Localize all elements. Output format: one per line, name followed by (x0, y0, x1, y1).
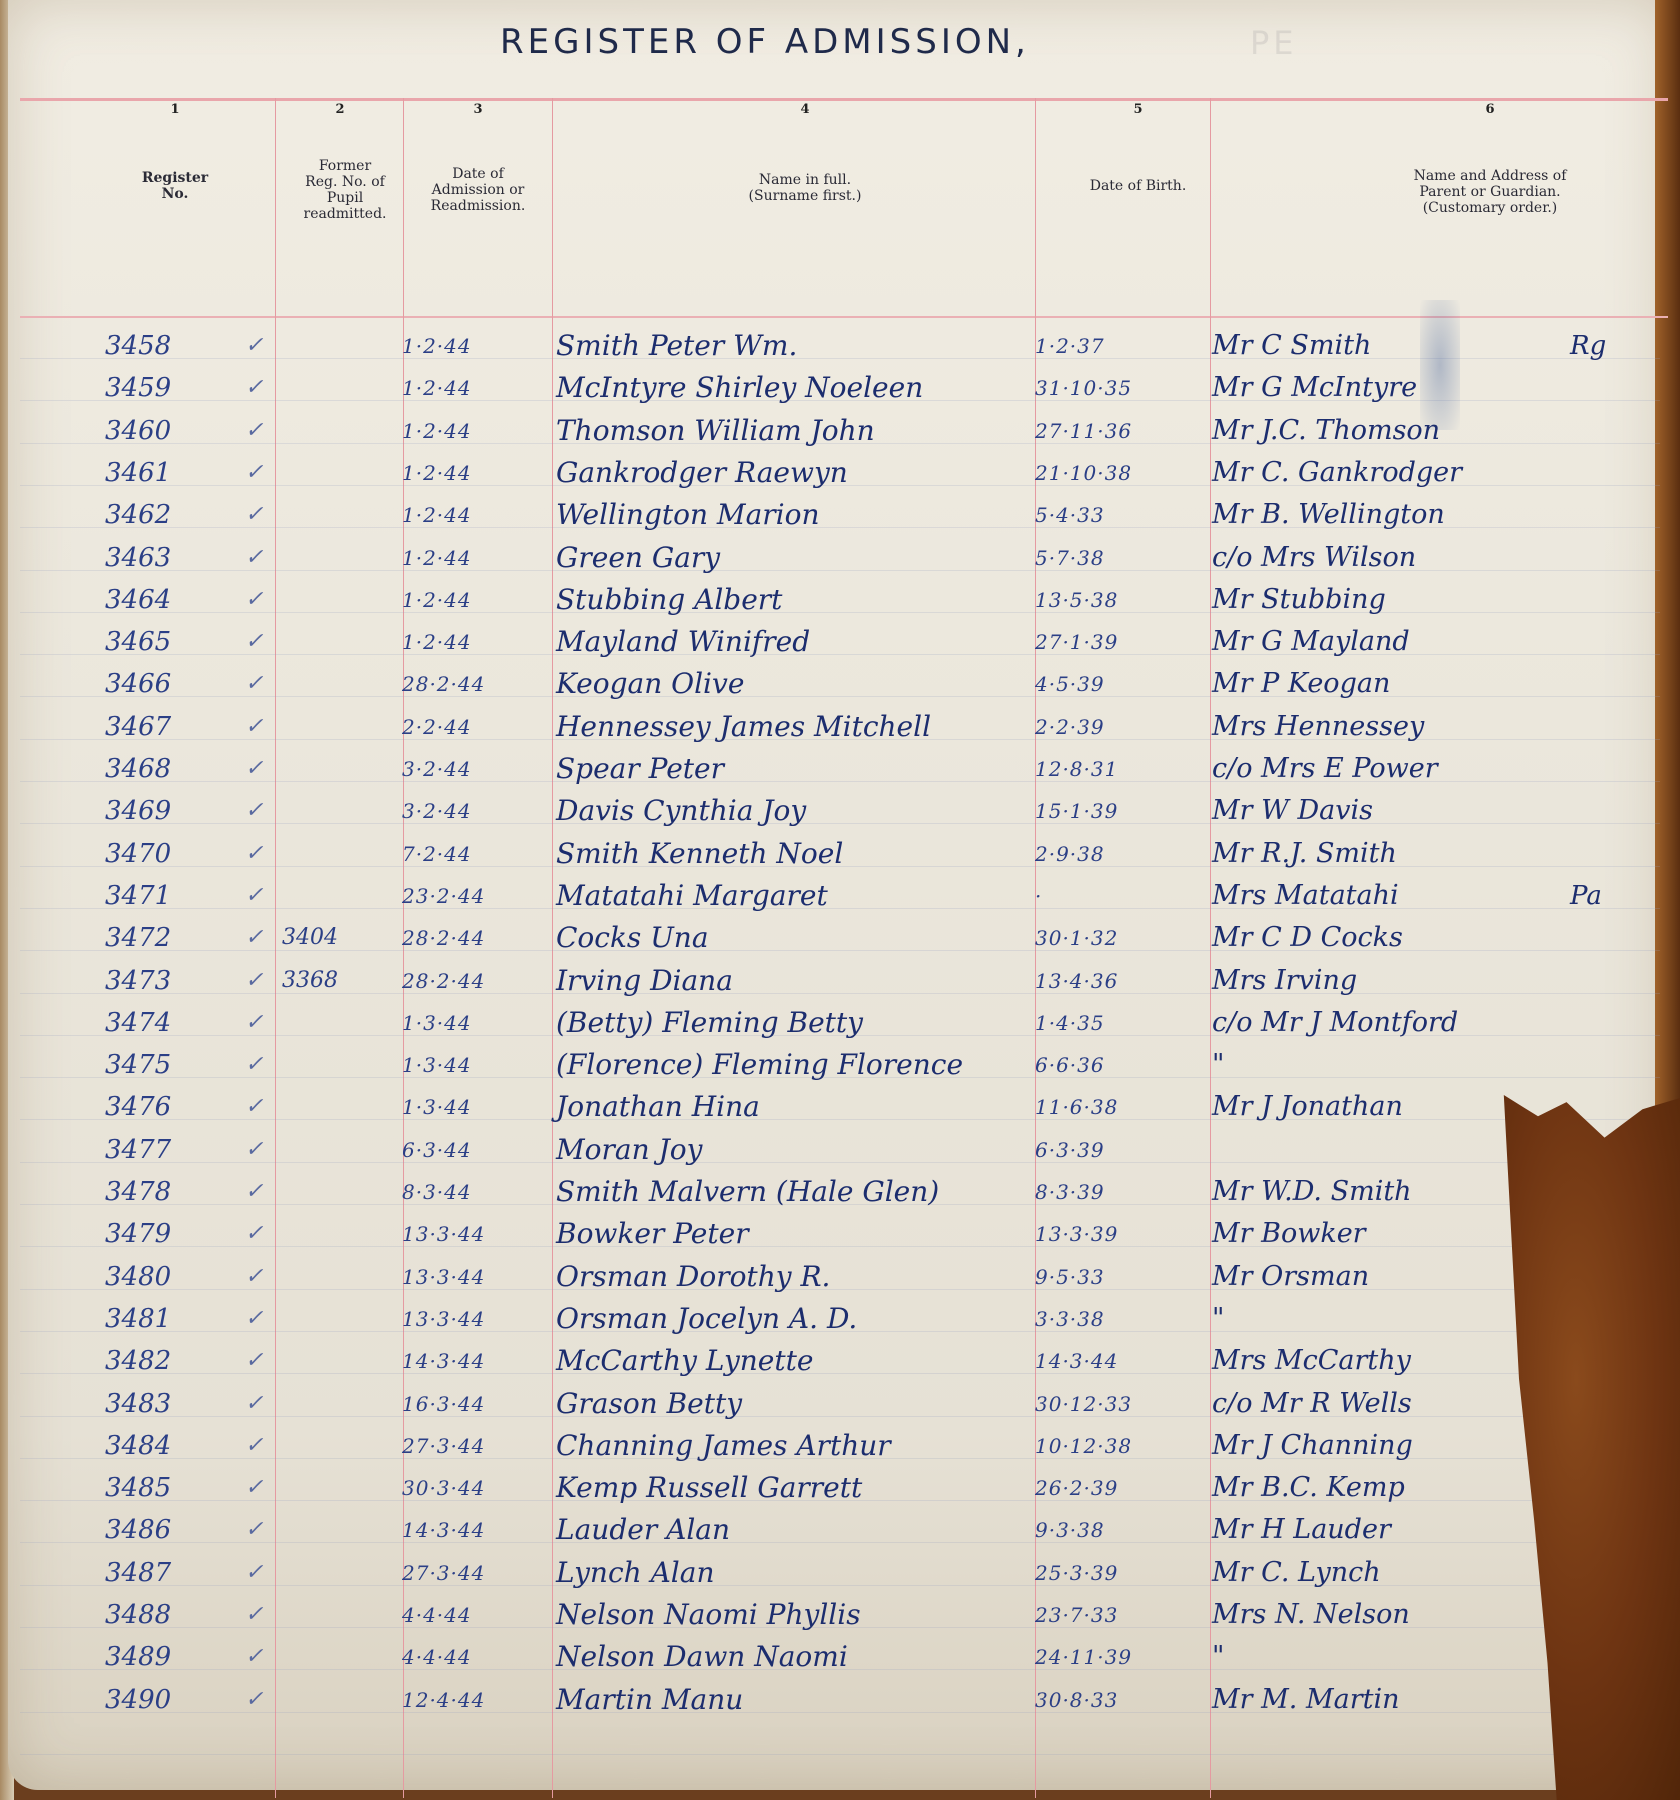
check-mark-icon: ✓ (245, 1552, 263, 1594)
date-of-birth: 11·6·38 (1035, 1086, 1118, 1128)
parent-guardian: Mrs McCarthy (1212, 1340, 1411, 1382)
parent-guardian: " (1212, 1044, 1224, 1086)
admission-date: 1·3·44 (402, 1086, 472, 1128)
table-row: 3471✓23·2·44Matatahi Margaret·Mrs Matata… (0, 875, 1680, 917)
table-row: 3469✓3·2·44Davis Cynthia Joy15·1·39Mr W … (0, 790, 1680, 832)
date-of-birth: 1·4·35 (1035, 1002, 1105, 1044)
parent-guardian: Mr J Jonathan (1212, 1086, 1403, 1128)
date-of-birth: 6·6·36 (1035, 1044, 1105, 1086)
pupil-name: Cocks Una (556, 917, 709, 959)
check-mark-icon: ✓ (245, 367, 263, 409)
date-of-birth: 2·2·39 (1035, 706, 1105, 748)
parent-guardian: c/o Mrs Wilson (1212, 537, 1416, 579)
table-row: 3468✓3·2·44Spear Peter12·8·31c/o Mrs E P… (0, 748, 1680, 790)
header-top-rule (20, 98, 1668, 101)
admission-date: 1·2·44 (402, 325, 472, 367)
parent-guardian: Mr G Mayland (1212, 621, 1410, 663)
admission-date: 1·3·44 (402, 1002, 472, 1044)
admission-date: 1·2·44 (402, 579, 472, 621)
parent-guardian: Mr J Channing (1212, 1425, 1413, 1467)
check-mark-icon: ✓ (245, 1679, 263, 1721)
check-mark-icon: ✓ (245, 1298, 263, 1340)
table-row: 3458✓1·2·44Smith Peter Wm.1·2·37Mr C Smi… (0, 325, 1680, 367)
check-mark-icon: ✓ (245, 1340, 263, 1382)
margin-note: Rg (1570, 325, 1606, 367)
check-mark-icon: ✓ (245, 1425, 263, 1467)
admission-date: 1·2·44 (402, 621, 472, 663)
check-mark-icon: ✓ (245, 748, 263, 790)
date-of-birth: 2·9·38 (1035, 833, 1105, 875)
admission-date: 1·2·44 (402, 494, 472, 536)
register-number: 3474 (105, 1002, 171, 1044)
date-of-birth: 15·1·39 (1035, 790, 1118, 832)
check-mark-icon: ✓ (245, 1044, 263, 1086)
pupil-name: Mayland Winifred (556, 621, 810, 663)
table-row: 3477✓6·3·44Moran Joy6·3·39 (0, 1129, 1680, 1171)
column-number: 1 (170, 102, 179, 117)
date-of-birth: 27·11·36 (1035, 410, 1132, 452)
check-mark-icon: ✓ (245, 1213, 263, 1255)
register-number: 3489 (105, 1636, 171, 1678)
header-date-of-admission: Date of Admission or Readmission. (431, 166, 526, 214)
check-mark-icon: ✓ (245, 1171, 263, 1213)
pupil-name: Moran Joy (556, 1129, 702, 1171)
date-of-birth: 30·1·32 (1035, 917, 1118, 959)
admission-date: 1·2·44 (402, 452, 472, 494)
pupil-name: Green Gary (556, 537, 720, 579)
register-number: 3464 (105, 579, 171, 621)
admission-date: 16·3·44 (402, 1383, 485, 1425)
register-number: 3487 (105, 1552, 171, 1594)
table-row: 3464✓1·2·44Stubbing Albert13·5·38Mr Stub… (0, 579, 1680, 621)
column-number: 5 (1133, 102, 1142, 117)
register-number: 3484 (105, 1425, 171, 1467)
check-mark-icon: ✓ (245, 1086, 263, 1128)
date-of-birth: 5·4·33 (1035, 494, 1105, 536)
register-number: 3485 (105, 1467, 171, 1509)
pupil-name: Hennessey James Mitchell (556, 706, 931, 748)
table-row: 3465✓1·2·44Mayland Winifred27·1·39Mr G M… (0, 621, 1680, 663)
register-number: 3473 (105, 960, 171, 1002)
pupil-name: Lynch Alan (556, 1552, 714, 1594)
parent-guardian: Mr H Lauder (1212, 1509, 1391, 1551)
admission-date: 2·2·44 (402, 706, 472, 748)
pupil-name: Kemp Russell Garrett (556, 1467, 862, 1509)
date-of-birth: 25·3·39 (1035, 1552, 1118, 1594)
date-of-birth: 3·3·38 (1035, 1298, 1105, 1340)
date-of-birth: 8·3·39 (1035, 1171, 1105, 1213)
parent-guardian: Mr P Keogan (1212, 663, 1390, 705)
admission-date: 23·2·44 (402, 875, 485, 917)
table-row: 3473✓336828·2·44Irving Diana13·4·36Mrs I… (0, 960, 1680, 1002)
parent-guardian: Mrs Hennessey (1212, 706, 1424, 748)
register-number: 3459 (105, 367, 171, 409)
column-number: 3 (473, 102, 482, 117)
header-former-reg-no: Former Reg. No. of Pupil readmitted. (304, 158, 387, 222)
pupil-name: Jonathan Hina (556, 1086, 760, 1128)
pupil-name: Matatahi Margaret (556, 875, 828, 917)
table-row: 3484✓27·3·44Channing James Arthur10·12·3… (0, 1425, 1680, 1467)
admission-date: 14·3·44 (402, 1340, 485, 1382)
table-row: 3485✓30·3·44Kemp Russell Garrett26·2·39M… (0, 1467, 1680, 1509)
parent-guardian: " (1212, 1636, 1224, 1678)
table-row: 3472✓340428·2·44Cocks Una30·1·32Mr C D C… (0, 917, 1680, 959)
register-number: 3478 (105, 1171, 171, 1213)
header-register-no: Register No. (142, 170, 208, 202)
pupil-name: McIntyre Shirley Noeleen (556, 367, 923, 409)
check-mark-icon: ✓ (245, 1509, 263, 1551)
register-number: 3463 (105, 537, 171, 579)
register-number: 3462 (105, 494, 171, 536)
parent-guardian: c/o Mrs E Power (1212, 748, 1438, 790)
table-row: 3474✓1·3·44(Betty) Fleming Betty1·4·35c/… (0, 1002, 1680, 1044)
date-of-birth: 30·8·33 (1035, 1679, 1118, 1721)
check-mark-icon: ✓ (245, 452, 263, 494)
register-number: 3469 (105, 790, 171, 832)
pupil-name: Smith Peter Wm. (556, 325, 797, 367)
pupil-name: (Florence) Fleming Florence (556, 1044, 963, 1086)
admission-date: 7·2·44 (402, 833, 472, 875)
column-number: 6 (1485, 102, 1494, 117)
former-reg-number: 3368 (282, 960, 338, 1002)
admission-date: 12·4·44 (402, 1679, 485, 1721)
date-of-birth: 13·4·36 (1035, 960, 1118, 1002)
parent-guardian: Mrs N. Nelson (1212, 1594, 1410, 1636)
check-mark-icon: ✓ (245, 579, 263, 621)
table-row: 3476✓1·3·44Jonathan Hina11·6·38Mr J Jona… (0, 1086, 1680, 1128)
table-row: 3461✓1·2·44Gankrodger Raewyn21·10·38Mr C… (0, 452, 1680, 494)
register-number: 3479 (105, 1213, 171, 1255)
register-number: 3470 (105, 833, 171, 875)
column-number: 4 (800, 102, 809, 117)
table-row: 3483✓16·3·44Grason Betty30·12·33c/o Mr R… (0, 1383, 1680, 1425)
table-row: 3467✓2·2·44Hennessey James Mitchell2·2·3… (0, 706, 1680, 748)
pupil-name: Stubbing Albert (556, 579, 782, 621)
pupil-name: Wellington Marion (556, 494, 820, 536)
admission-date: 3·2·44 (402, 790, 472, 832)
table-row: 3470✓7·2·44Smith Kenneth Noel2·9·38Mr R.… (0, 833, 1680, 875)
register-number: 3480 (105, 1256, 171, 1298)
date-of-birth: 5·7·38 (1035, 537, 1105, 579)
pupil-name: Nelson Naomi Phyllis (556, 1594, 861, 1636)
table-row: 3488✓4·4·44Nelson Naomi Phyllis23·7·33Mr… (0, 1594, 1680, 1636)
table-row: 3479✓13·3·44Bowker Peter13·3·39Mr Bowker (0, 1213, 1680, 1255)
pupil-name: Bowker Peter (556, 1213, 749, 1255)
table-row: 3459✓1·2·44McIntyre Shirley Noeleen31·10… (0, 367, 1680, 409)
pupil-name: Irving Diana (556, 960, 733, 1002)
pupil-name: (Betty) Fleming Betty (556, 1002, 863, 1044)
former-reg-number: 3404 (282, 917, 338, 959)
parent-guardian: Mr W.D. Smith (1212, 1171, 1412, 1213)
check-mark-icon: ✓ (245, 917, 263, 959)
pupil-name: Channing James Arthur (556, 1425, 891, 1467)
pupil-name: Spear Peter (556, 748, 724, 790)
table-row: 3489✓4·4·44Nelson Dawn Naomi24·11·39" (0, 1636, 1680, 1678)
pupil-name: Lauder Alan (556, 1509, 730, 1551)
check-mark-icon: ✓ (245, 960, 263, 1002)
parent-guardian: Mr Orsman (1212, 1256, 1369, 1298)
check-mark-icon: ✓ (245, 790, 263, 832)
parent-guardian: Mr C D Cocks (1212, 917, 1403, 959)
date-of-birth: 1·2·37 (1035, 325, 1105, 367)
header-name-in-full: Name in full. (Surname first.) (749, 172, 862, 204)
date-of-birth: 30·12·33 (1035, 1383, 1132, 1425)
date-of-birth: 4·5·39 (1035, 663, 1105, 705)
page-title: REGISTER OF ADMISSION, (500, 22, 1400, 62)
column-number: 2 (335, 102, 344, 117)
pupil-name: Smith Kenneth Noel (556, 833, 843, 875)
parent-guardian: c/o Mr J Montford (1212, 1002, 1458, 1044)
check-mark-icon: ✓ (245, 875, 263, 917)
check-mark-icon: ✓ (245, 325, 263, 367)
parent-guardian: Mr Bowker (1212, 1213, 1366, 1255)
check-mark-icon: ✓ (245, 1467, 263, 1509)
register-number: 3482 (105, 1340, 171, 1382)
register-number: 3468 (105, 748, 171, 790)
header-date-of-birth: Date of Birth. (1090, 178, 1187, 194)
pupil-name: Nelson Dawn Naomi (556, 1636, 848, 1678)
pupil-name: Davis Cynthia Joy (556, 790, 806, 832)
parent-guardian: c/o Mr R Wells (1212, 1383, 1412, 1425)
check-mark-icon: ✓ (245, 537, 263, 579)
check-mark-icon: ✓ (245, 494, 263, 536)
date-of-birth: 27·1·39 (1035, 621, 1118, 663)
register-number: 3481 (105, 1298, 171, 1340)
check-mark-icon: ✓ (245, 410, 263, 452)
date-of-birth: 14·3·44 (1035, 1340, 1118, 1382)
parent-guardian: Mr C Smith (1212, 325, 1371, 367)
admission-date: 1·2·44 (402, 367, 472, 409)
check-mark-icon: ✓ (245, 706, 263, 748)
check-mark-icon: ✓ (245, 1129, 263, 1171)
register-number: 3460 (105, 410, 171, 452)
pupil-name: Keogan Olive (556, 663, 744, 705)
admission-date: 14·3·44 (402, 1509, 485, 1551)
parent-guardian: Mr B. Wellington (1212, 494, 1445, 536)
admission-date: 3·2·44 (402, 748, 472, 790)
date-of-birth: 9·5·33 (1035, 1256, 1105, 1298)
margin-note: Pa (1570, 875, 1602, 917)
register-number: 3483 (105, 1383, 171, 1425)
admission-date: 13·3·44 (402, 1298, 485, 1340)
date-of-birth: 13·5·38 (1035, 579, 1118, 621)
admission-date: 4·4·44 (402, 1636, 472, 1678)
admission-date: 28·2·44 (402, 663, 485, 705)
register-number: 3486 (105, 1509, 171, 1551)
date-of-birth: 24·11·39 (1035, 1636, 1132, 1678)
admission-date: 27·3·44 (402, 1425, 485, 1467)
check-mark-icon: ✓ (245, 621, 263, 663)
pupil-name: Martin Manu (556, 1679, 743, 1721)
parent-guardian: Mr C. Lynch (1212, 1552, 1381, 1594)
parent-guardian: Mr G McIntyre (1212, 367, 1417, 409)
register-number: 3472 (105, 917, 171, 959)
register-number: 3477 (105, 1129, 171, 1171)
admission-date: 6·3·44 (402, 1129, 472, 1171)
admission-date: 28·2·44 (402, 917, 485, 959)
admission-date: 8·3·44 (402, 1171, 472, 1213)
table-row: 3490✓12·4·44Martin Manu30·8·33Mr M. Mart… (0, 1679, 1680, 1721)
table-row: 3460✓1·2·44Thomson William John27·11·36M… (0, 410, 1680, 452)
check-mark-icon: ✓ (245, 1256, 263, 1298)
register-number: 3461 (105, 452, 171, 494)
admission-date: 1·2·44 (402, 410, 472, 452)
admission-date: 27·3·44 (402, 1552, 485, 1594)
register-number: 3465 (105, 621, 171, 663)
register-number: 3467 (105, 706, 171, 748)
date-of-birth: 10·12·38 (1035, 1425, 1132, 1467)
admission-date: 30·3·44 (402, 1467, 485, 1509)
register-number: 3476 (105, 1086, 171, 1128)
pupil-name: Grason Betty (556, 1383, 742, 1425)
table-row: 3475✓1·3·44(Florence) Fleming Florence6·… (0, 1044, 1680, 1086)
admission-date: 1·2·44 (402, 537, 472, 579)
parent-guardian: Mr Stubbing (1212, 579, 1386, 621)
register-number: 3471 (105, 875, 171, 917)
parent-guardian: Mrs Irving (1212, 960, 1357, 1002)
parent-guardian: " (1212, 1298, 1224, 1340)
header-parent-or-guardian: Name and Address of Parent or Guardian. … (1395, 168, 1585, 216)
parent-guardian: Mr R.J. Smith (1212, 833, 1397, 875)
register-number: 3488 (105, 1594, 171, 1636)
register-number: 3475 (105, 1044, 171, 1086)
date-of-birth: 23·7·33 (1035, 1594, 1118, 1636)
admission-date: 28·2·44 (402, 960, 485, 1002)
table-row: 3462✓1·2·44Wellington Marion5·4·33Mr B. … (0, 494, 1680, 536)
date-of-birth: 26·2·39 (1035, 1467, 1118, 1509)
date-of-birth: 9·3·38 (1035, 1509, 1105, 1551)
register-number: 3490 (105, 1679, 171, 1721)
table-row: 3480✓13·3·44Orsman Dorothy R.9·5·33Mr Or… (0, 1256, 1680, 1298)
date-of-birth: 13·3·39 (1035, 1213, 1118, 1255)
table-row: 3482✓14·3·44McCarthy Lynette14·3·44Mrs M… (0, 1340, 1680, 1382)
table-row: 3478✓8·3·44Smith Malvern (Hale Glen)8·3·… (0, 1171, 1680, 1213)
check-mark-icon: ✓ (245, 1002, 263, 1044)
check-mark-icon: ✓ (245, 663, 263, 705)
check-mark-icon: ✓ (245, 1636, 263, 1678)
table-row: 3486✓14·3·44Lauder Alan9·3·38Mr H Lauder (0, 1509, 1680, 1551)
date-of-birth: 21·10·38 (1035, 452, 1132, 494)
check-mark-icon: ✓ (245, 1383, 263, 1425)
table-row: 3466✓28·2·44Keogan Olive4·5·39Mr P Keoga… (0, 663, 1680, 705)
parent-guardian: Mr M. Martin (1212, 1679, 1399, 1721)
ruled-line (20, 1754, 1660, 1755)
register-number: 3466 (105, 663, 171, 705)
parent-guardian: Mr C. Gankrodger (1212, 452, 1462, 494)
date-of-birth: · (1035, 875, 1042, 917)
pupil-name: McCarthy Lynette (556, 1340, 813, 1382)
admission-date: 4·4·44 (402, 1594, 472, 1636)
admission-date: 13·3·44 (402, 1256, 485, 1298)
parent-guardian: Mr W Davis (1212, 790, 1373, 832)
register-number: 3458 (105, 325, 171, 367)
parent-guardian: Mr B.C. Kemp (1212, 1467, 1405, 1509)
pupil-name: Orsman Dorothy R. (556, 1256, 830, 1298)
parent-guardian: Mrs Matatahi (1212, 875, 1399, 917)
check-mark-icon: ✓ (245, 833, 263, 875)
pupil-name: Gankrodger Raewyn (556, 452, 848, 494)
check-mark-icon: ✓ (245, 1594, 263, 1636)
parent-guardian: Mr J.C. Thomson (1212, 410, 1440, 452)
admission-date: 1·3·44 (402, 1044, 472, 1086)
table-row: 3481✓13·3·44Orsman Jocelyn A. D.3·3·38" (0, 1298, 1680, 1340)
date-of-birth: 6·3·39 (1035, 1129, 1105, 1171)
date-of-birth: 31·10·35 (1035, 367, 1132, 409)
pupil-name: Thomson William John (556, 410, 875, 452)
table-row: 3487✓27·3·44Lynch Alan25·3·39Mr C. Lynch (0, 1552, 1680, 1594)
date-of-birth: 12·8·31 (1035, 748, 1118, 790)
pupil-name: Orsman Jocelyn A. D. (556, 1298, 857, 1340)
pupil-name: Smith Malvern (Hale Glen) (556, 1171, 939, 1213)
admission-date: 13·3·44 (402, 1213, 485, 1255)
table-row: 3463✓1·2·44Green Gary5·7·38c/o Mrs Wilso… (0, 537, 1680, 579)
